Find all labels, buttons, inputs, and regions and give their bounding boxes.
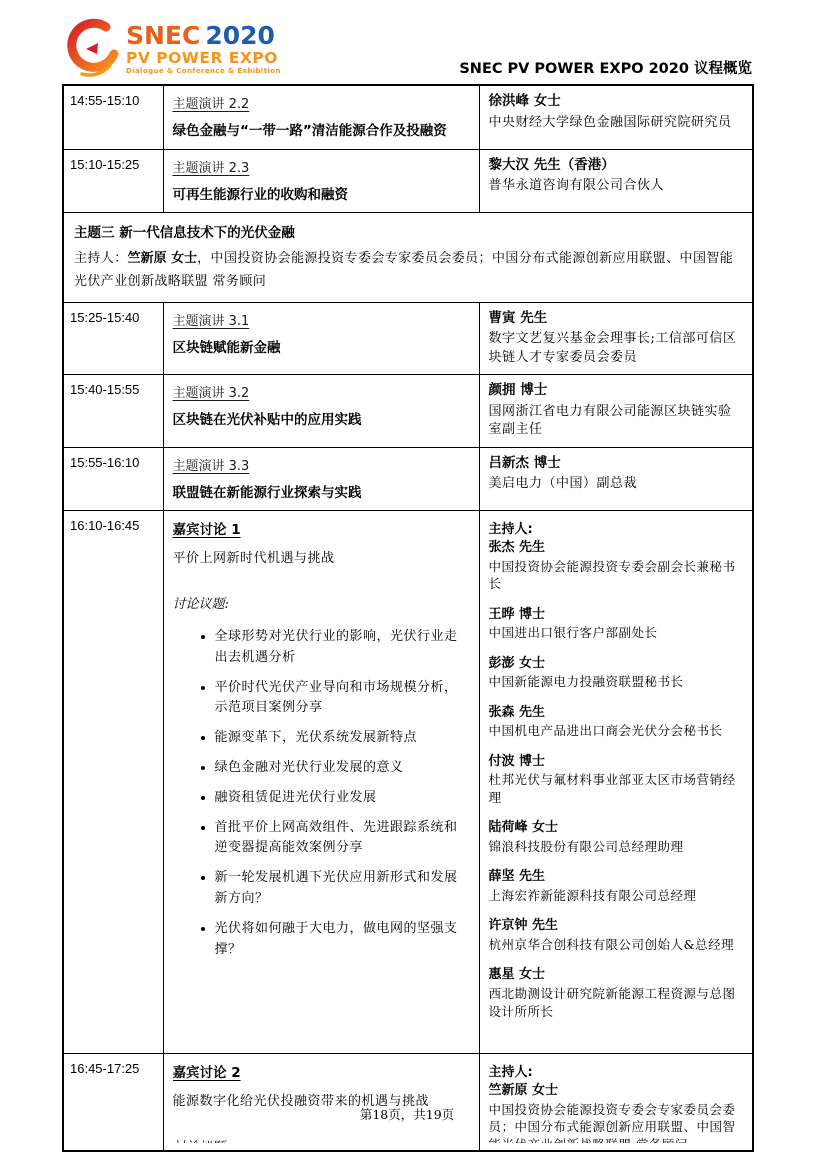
host-label: 主持人: — [489, 518, 744, 537]
page-header: SNEC2020 PV POWER EXPO Dialogue & Confer… — [62, 8, 752, 80]
time-cell: 15:10-15:25 — [63, 149, 163, 213]
panelist-desc: 中国新能源电力投融资联盟秘书长 — [489, 673, 744, 691]
discussion-row: 16:10-16:45 嘉宾讨论 1 平价上网新时代机遇与挑战 讨论议题: 全球… — [63, 511, 753, 1054]
speaker-desc: 美启电力（中国）副总裁 — [489, 475, 744, 493]
session-label: 主题演讲 2.2 — [173, 93, 470, 112]
logo-year: 2020 — [205, 21, 275, 50]
panelist-desc: 中国进出口银行客户部副处长 — [489, 624, 744, 642]
panelists-cell: 主持人: 竺新原 女士 中国投资协会能源投资专委会专家委员会委员；中国分布式能源… — [479, 1054, 753, 1152]
session-cell: 主题演讲 2.3 可再生能源行业的收购和融资 — [163, 149, 479, 213]
host-label: 主持人: — [489, 1061, 744, 1080]
discussion-cell: 嘉宾讨论 2 能源数字化给光伏投融资带来的机遇与挑战 讨论议题: — [163, 1054, 479, 1152]
logo-subtitle: PV POWER EXPO — [126, 50, 281, 66]
table-row: 15:40-15:55 主题演讲 3.2 区块链在光伏补贴中的应用实践 颜拥 博… — [63, 375, 753, 447]
table-row: 15:55-16:10 主题演讲 3.3 联盟链在新能源行业探索与实践 吕新杰 … — [63, 447, 753, 511]
session-label: 主题演讲 2.3 — [173, 157, 470, 176]
topic-item: 绿色金融对光伏行业发展的意义 — [215, 758, 470, 779]
speaker-cell: 徐洪峰 女士 中央财经大学绿色金融国际研究院研究员 — [479, 85, 753, 149]
panelists-cell: 主持人: 张杰 先生 中国投资协会能源投资专委会副会长兼秘书长 王晔 博士 中国… — [479, 511, 753, 1054]
speaker-cell: 曹寅 先生 数字文艺复兴基金会理事长;工信部可信区块链人才专家委员会委员 — [479, 302, 753, 374]
session-label: 主题演讲 3.3 — [173, 455, 470, 474]
time-cell: 16:10-16:45 — [63, 511, 163, 1054]
discussion-label: 嘉宾讨论 1 — [173, 518, 470, 538]
discussion-topic-title: 平价上网新时代机遇与挑战 — [173, 547, 470, 566]
panelist-name: 彭澎 女士 — [489, 655, 744, 673]
topic-item: 能源变革下，光伏系统发展新特点 — [215, 728, 470, 749]
logo-text: SNEC2020 PV POWER EXPO Dialogue & Confer… — [126, 23, 281, 75]
speaker-cell: 黎大汉 先生（香港） 普华永道咨询有限公司合伙人 — [479, 149, 753, 213]
logo-tagline: Dialogue & Conference & Exhibition — [126, 68, 281, 75]
panelist-name: 付波 博士 — [489, 753, 744, 771]
theme-title: 主题三 新一代信息技术下的光伏金融 — [74, 221, 742, 241]
host-label: 主持人： — [74, 251, 128, 266]
topics-label: 讨论议题: — [173, 1136, 470, 1143]
topic-item: 融资租赁促进光伏行业发展 — [215, 788, 470, 809]
topic-item: 全球形势对光伏行业的影响，光伏行业走出去机遇分析 — [215, 627, 470, 669]
topic-item: 平价时代光伏产业导向和市场规模分析，示范项目案例分享 — [215, 678, 470, 720]
panelist-desc: 中国机电产品进出口商会光伏分会秘书长 — [489, 722, 744, 740]
session-cell: 主题演讲 3.2 区块链在光伏补贴中的应用实践 — [163, 375, 479, 447]
panelist-name: 陆荷峰 女士 — [489, 819, 744, 837]
panelist: 王晔 博士 中国进出口银行客户部副处长 — [489, 606, 744, 642]
session-title: 可再生能源行业的收购和融资 — [173, 186, 470, 206]
theme-host-line: 主持人：竺新原 女士，中国投资协会能源投资专委会专家委员会委员；中国分布式能源创… — [74, 248, 742, 294]
panelist-name: 惠星 女士 — [489, 966, 744, 984]
footer-page-number: 第18页，共19页 — [62, 1105, 752, 1123]
panelist: 陆荷峰 女士 锦浪科技股份有限公司总经理助理 — [489, 819, 744, 855]
time-cell: 15:40-15:55 — [63, 375, 163, 447]
table-row: 15:10-15:25 主题演讲 2.3 可再生能源行业的收购和融资 黎大汉 先… — [63, 149, 753, 213]
topic-item: 新一轮发展机遇下光伏应用新形式和发展新方向？ — [215, 868, 470, 910]
speaker-name: 吕新杰 博士 — [489, 455, 744, 473]
speaker-desc: 国网浙江省电力有限公司能源区块链实验室副主任 — [489, 403, 744, 440]
table-row: 14:55-15:10 主题演讲 2.2 绿色金融与“一带一路”清洁能源合作及投… — [63, 85, 753, 149]
panelist-desc: 上海宏祚新能源科技有限公司总经理 — [489, 887, 744, 905]
time-cell: 15:25-15:40 — [63, 302, 163, 374]
panelist-desc: 杭州京华合创科技有限公司创始人&总经理 — [489, 936, 744, 954]
panelist: 薛坚 先生 上海宏祚新能源科技有限公司总经理 — [489, 868, 744, 904]
theme-row: 主题三 新一代信息技术下的光伏金融 主持人：竺新原 女士，中国投资协会能源投资专… — [63, 213, 753, 303]
logo-brand: SNEC — [126, 21, 200, 50]
host-name: 竺新原 女士 — [128, 251, 198, 266]
topics-list: 全球形势对光伏行业的影响，光伏行业走出去机遇分析 平价时代光伏产业导向和市场规模… — [173, 627, 470, 960]
session-cell: 主题演讲 2.2 绿色金融与“一带一路”清洁能源合作及投融资 — [163, 85, 479, 149]
speaker-name: 黎大汉 先生（香港） — [489, 157, 744, 175]
topic-item: 光伏将如何融于大电力，做电网的坚强支撑？ — [215, 919, 470, 961]
time-cell: 16:45-17:25 — [63, 1054, 163, 1152]
discussion-label: 嘉宾讨论 2 — [173, 1061, 470, 1081]
panelist-name: 王晔 博士 — [489, 606, 744, 624]
panelist: 张杰 先生 中国投资协会能源投资专委会副会长兼秘书长 — [489, 539, 744, 593]
speaker-cell: 颜拥 博士 国网浙江省电力有限公司能源区块链实验室副主任 — [479, 375, 753, 447]
speaker-desc: 数字文艺复兴基金会理事长;工信部可信区块链人才专家委员会委员 — [489, 330, 744, 367]
clipped-content: 嘉宾讨论 2 能源数字化给光伏投融资带来的机遇与挑战 讨论议题: — [173, 1061, 470, 1143]
topics-label: 讨论议题: — [173, 593, 470, 612]
speaker-desc: 普华永道咨询有限公司合伙人 — [489, 177, 744, 195]
speaker-cell: 吕新杰 博士 美启电力（中国）副总裁 — [479, 447, 753, 511]
panelist-desc: 杜邦光伏与氟材料事业部亚太区市场营销经理 — [489, 771, 744, 806]
panelist: 张森 先生 中国机电产品进出口商会光伏分会秘书长 — [489, 704, 744, 740]
clipped-content: 主持人: 竺新原 女士 中国投资协会能源投资专委会专家委员会委员；中国分布式能源… — [489, 1061, 744, 1143]
session-title: 区块链赋能新金融 — [173, 339, 470, 359]
panelist-name: 张杰 先生 — [489, 539, 744, 557]
session-title: 区块链在光伏补贴中的应用实践 — [173, 411, 470, 431]
speaker-name: 颜拥 博士 — [489, 382, 744, 400]
snec-swirl-icon — [64, 18, 120, 80]
session-label: 主题演讲 3.1 — [173, 310, 470, 329]
page-title: SNEC PV POWER EXPO 2020 议程概览 — [459, 57, 752, 80]
panelist-name: 薛坚 先生 — [489, 868, 744, 886]
panelist-desc: 锦浪科技股份有限公司总经理助理 — [489, 838, 744, 856]
speaker-name: 曹寅 先生 — [489, 310, 744, 328]
session-label: 主题演讲 3.2 — [173, 382, 470, 401]
panelist: 惠星 女士 西北勘测设计研究院新能源工程资源与总图设计所所长 — [489, 966, 744, 1020]
snec-logo: SNEC2020 PV POWER EXPO Dialogue & Confer… — [64, 18, 281, 80]
panelist: 许京钟 先生 杭州京华合创科技有限公司创始人&总经理 — [489, 917, 744, 953]
panelist-desc: 西北勘测设计研究院新能源工程资源与总图设计所所长 — [489, 985, 744, 1020]
topic-item: 首批平价上网高效组件、先进跟踪系统和逆变器提高能效案例分享 — [215, 818, 470, 860]
speaker-name: 徐洪峰 女士 — [489, 93, 744, 111]
table-row: 15:25-15:40 主题演讲 3.1 区块链赋能新金融 曹寅 先生 数字文艺… — [63, 302, 753, 374]
document-page: SNEC2020 PV POWER EXPO Dialogue & Confer… — [62, 8, 752, 1152]
panelist-name: 许京钟 先生 — [489, 917, 744, 935]
panelist: 彭澎 女士 中国新能源电力投融资联盟秘书长 — [489, 655, 744, 691]
panelist-name: 张森 先生 — [489, 704, 744, 722]
time-cell: 14:55-15:10 — [63, 85, 163, 149]
session-title: 联盟链在新能源行业探索与实践 — [173, 484, 470, 504]
session-cell: 主题演讲 3.1 区块链赋能新金融 — [163, 302, 479, 374]
discussion-cell: 嘉宾讨论 1 平价上网新时代机遇与挑战 讨论议题: 全球形势对光伏行业的影响，光… — [163, 511, 479, 1054]
discussion-row: 16:45-17:25 嘉宾讨论 2 能源数字化给光伏投融资带来的机遇与挑战 讨… — [63, 1054, 753, 1152]
theme-cell: 主题三 新一代信息技术下的光伏金融 主持人：竺新原 女士，中国投资协会能源投资专… — [63, 213, 753, 303]
session-cell: 主题演讲 3.3 联盟链在新能源行业探索与实践 — [163, 447, 479, 511]
panelist-desc: 中国投资协会能源投资专委会副会长兼秘书长 — [489, 558, 744, 593]
panelist-name: 竺新原 女士 — [489, 1082, 744, 1100]
panelist: 付波 博士 杜邦光伏与氟材料事业部亚太区市场营销经理 — [489, 753, 744, 807]
session-title: 绿色金融与“一带一路”清洁能源合作及投融资 — [173, 122, 470, 142]
time-cell: 15:55-16:10 — [63, 447, 163, 511]
speaker-desc: 中央财经大学绿色金融国际研究院研究员 — [489, 114, 744, 132]
agenda-table: 14:55-15:10 主题演讲 2.2 绿色金融与“一带一路”清洁能源合作及投… — [62, 84, 754, 1152]
